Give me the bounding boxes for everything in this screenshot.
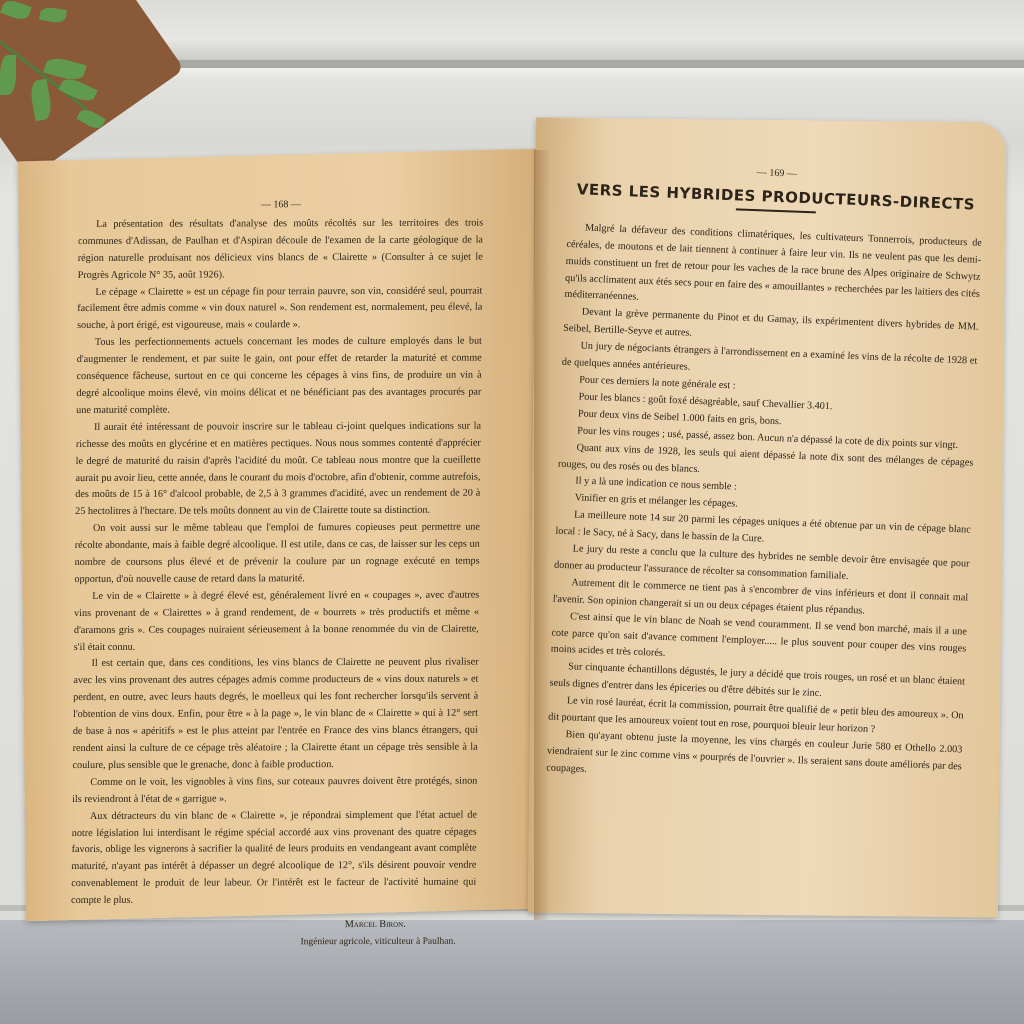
paragraph: On voit aussi sur le même tableau que l'…	[74, 520, 480, 589]
paragraph: Tous les perfectionnements actuels conce…	[76, 334, 482, 420]
paragraph: Comme on le voit, les vignobles à vins f…	[72, 773, 477, 808]
open-book: — 168 — La présentation des résultats d'…	[22, 120, 1002, 920]
paragraph: Le cépage « Clairette » est un cépage fi…	[77, 283, 483, 335]
paragraph: Il aurait été intéressant de pouvoir ins…	[75, 418, 481, 521]
left-page-text: — 168 — La présentation des résultats d'…	[71, 197, 484, 952]
paragraph: Aux détracteurs du vin blanc de « Claire…	[71, 807, 477, 910]
right-page: — 169 — VERS LES HYBRIDES PRODUCTEURS-DI…	[528, 118, 1006, 918]
page-number-left: — 168 —	[78, 197, 483, 215]
author-signature: Marcel Biron.	[71, 917, 476, 935]
right-page-text: — 169 — VERS LES HYBRIDES PRODUCTEURS-DI…	[546, 158, 984, 793]
paragraph: Malgré la défaveur des conditions climat…	[564, 220, 982, 320]
plank-gap	[90, 60, 1024, 68]
author-title: Ingénieur agricole, viticulteur à Paulha…	[71, 934, 476, 952]
paragraph: Il est certain que, dans ces conditions,…	[72, 655, 478, 775]
book-gutter	[534, 150, 550, 920]
paragraph: La présentation des résultats d'analyse …	[78, 215, 484, 284]
left-page: — 168 — La présentation des résultats d'…	[18, 149, 546, 922]
title-rule	[735, 208, 815, 213]
paragraph: Le vin de « Clairette » à degré élevé es…	[74, 587, 480, 656]
